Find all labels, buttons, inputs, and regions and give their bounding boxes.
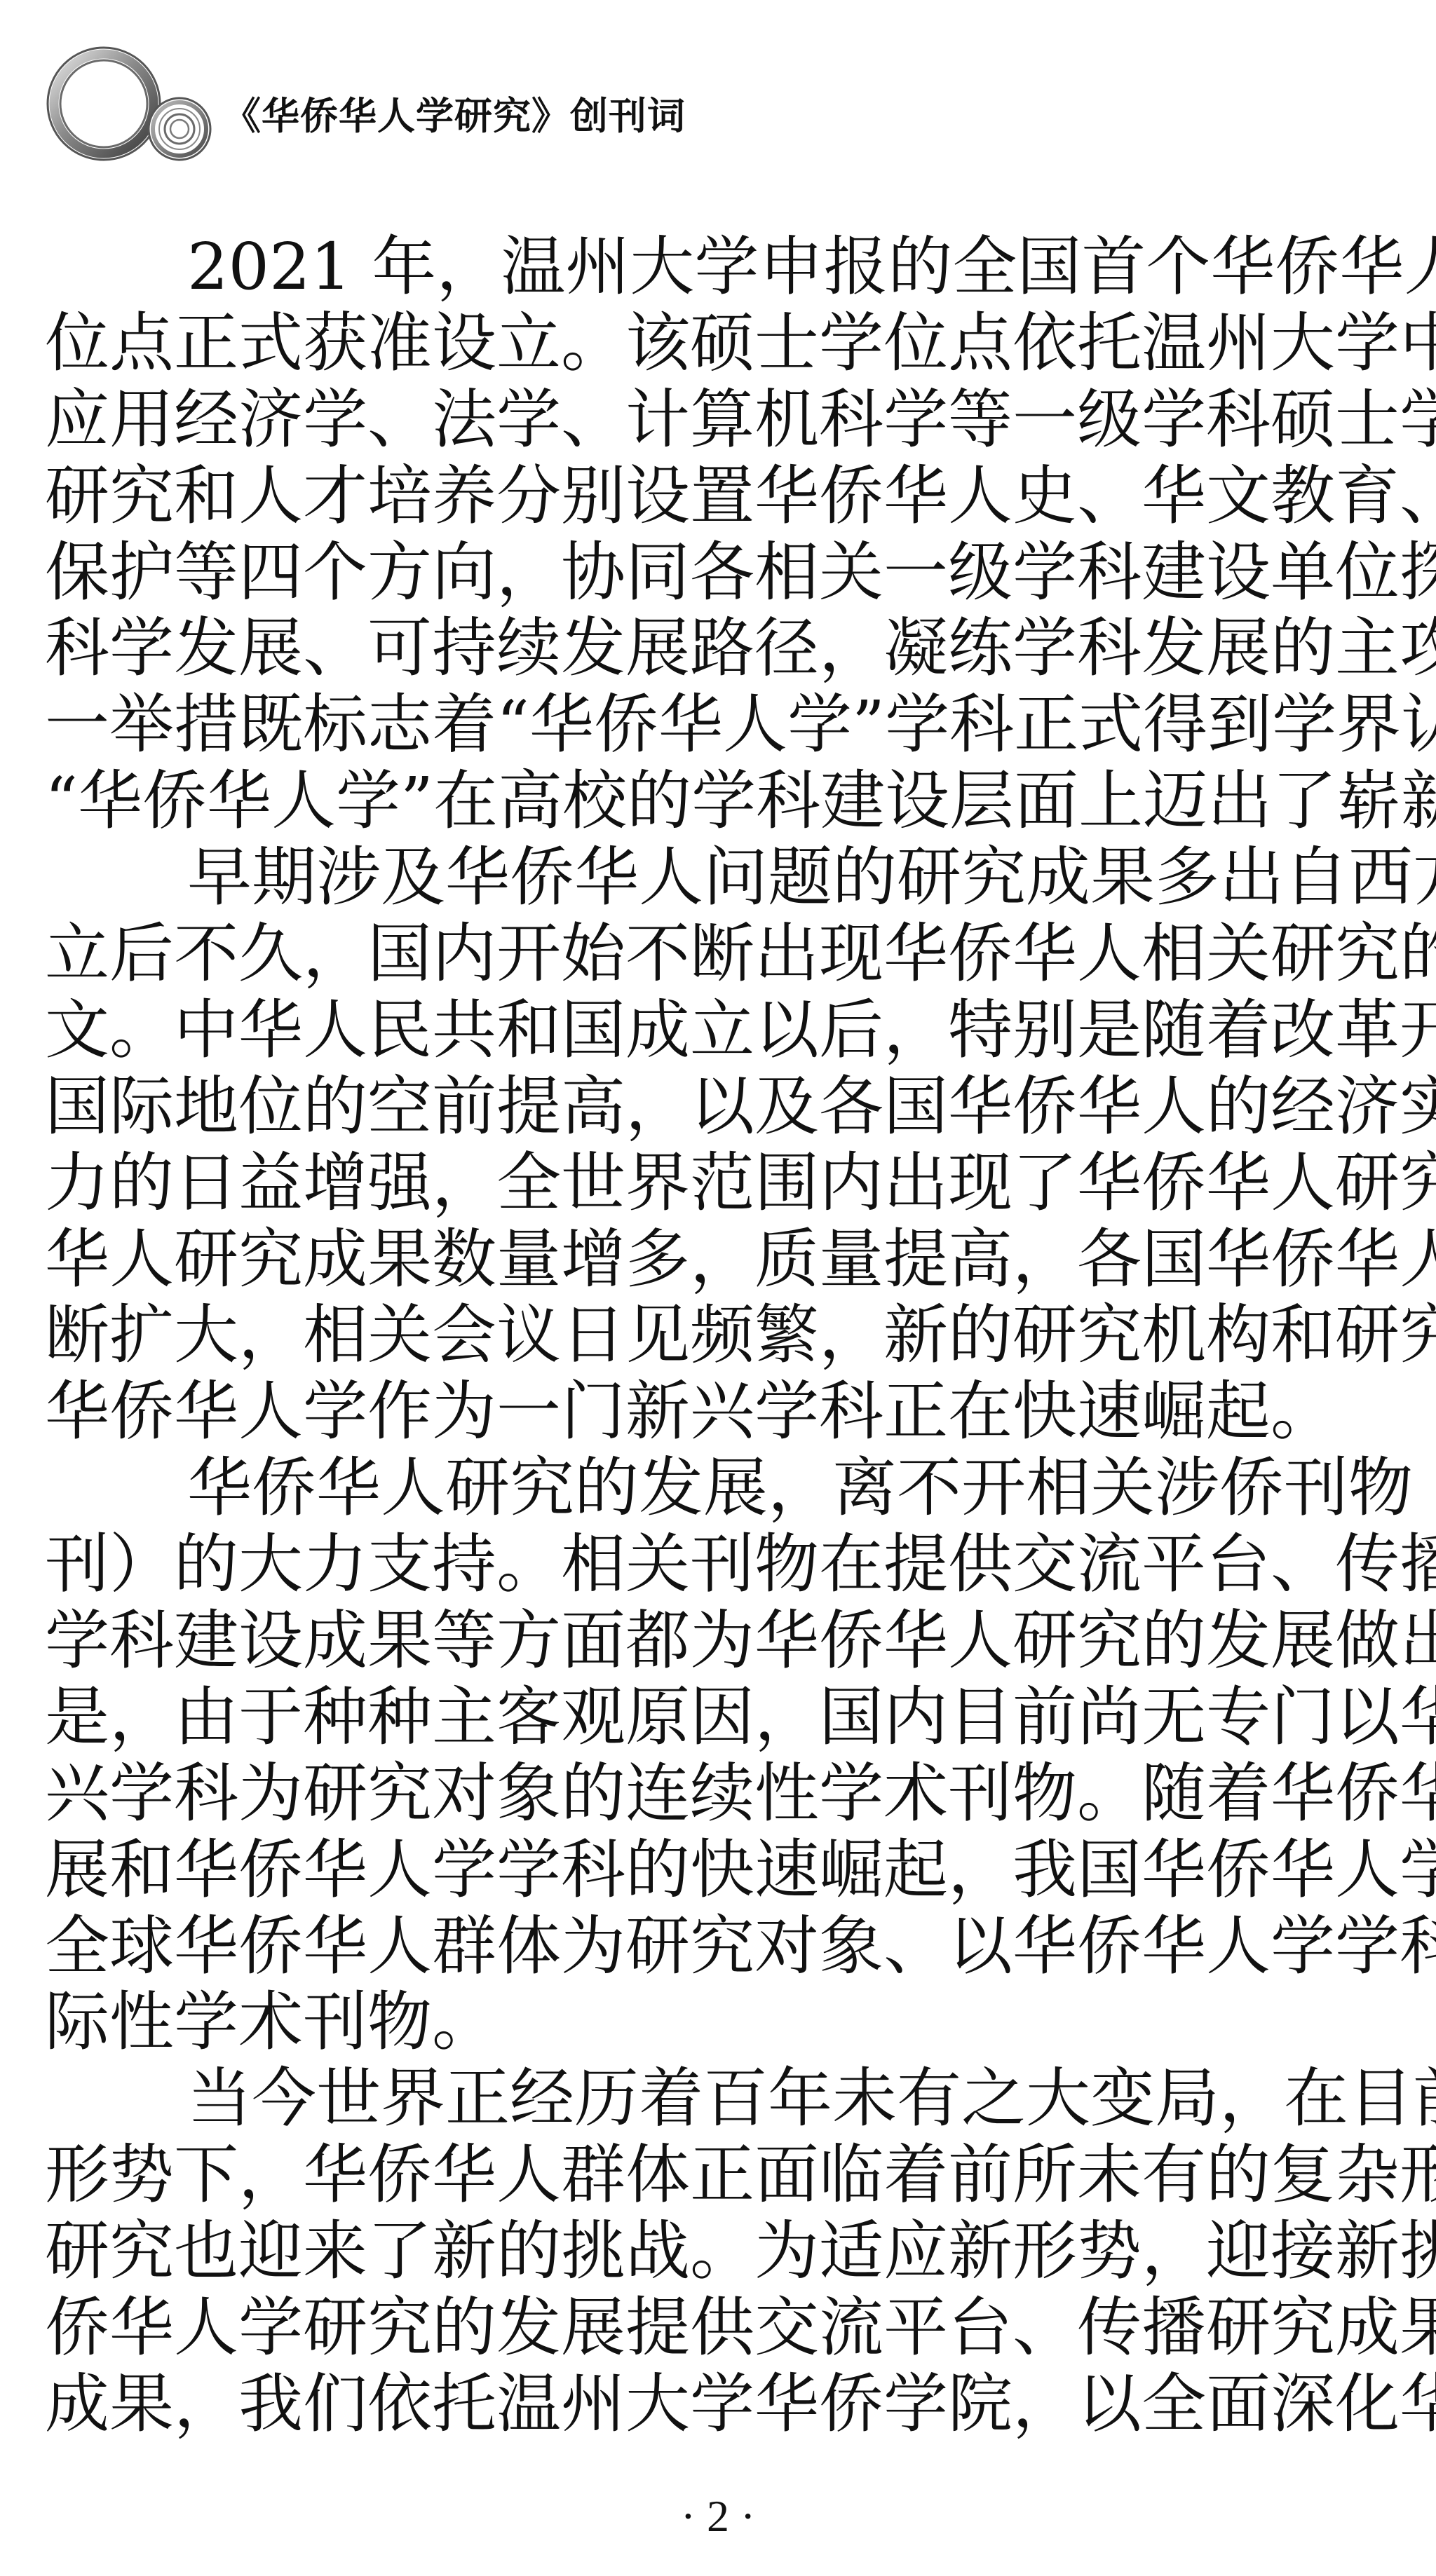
- paragraph-4-line: 成果，我们依托温州大学华侨学院，以全面深化华侨华人学研究、: [45, 2366, 1400, 2443]
- paragraph-3-line: 刊）的大力支持。相关刊物在提供交流平台、传播研究成果和展示: [45, 1527, 1400, 1603]
- paragraph-4-line: 当今世界正经历着百年未有之大变局，在目前错综复杂的国际: [45, 2061, 1400, 2137]
- paragraph-1-line: 应用经济学、法学、计算机科学等一级学科硕士学位点，围绕涉侨: [45, 382, 1400, 458]
- paragraph-4-line: 形势下，华侨华人群体正面临着前所未有的复杂形势，华侨华人学: [45, 2137, 1400, 2214]
- paragraph-1-line: 位点正式获准设立。该硕士学位点依托温州大学中国史、教育学、: [45, 306, 1400, 382]
- paragraph-2-line: 断扩大，相关会议日见频繁，新的研究机构和研究团队不断涌现。: [45, 1297, 1400, 1374]
- article-body: 2021 年，温州大学申报的全国首个华侨华人学交叉学科硕士学 位点正式获准设立。…: [45, 229, 1400, 2443]
- paragraph-4-line: 侨华人学研究的发展提供交流平台、传播研究成果和展示学科建设: [45, 2290, 1400, 2366]
- paragraph-2-line: 国际地位的空前提高，以及各国华侨华人的经济实力在各方面影响: [45, 1069, 1400, 1145]
- paragraph-2-line: 华人研究成果数量增多，质量提高，各国华侨华人问题研究队伍不: [45, 1222, 1400, 1298]
- paragraph-1-line: 保护等四个方向，协同各相关一级学科建设单位探索华侨华人学科: [45, 535, 1400, 611]
- paragraph-3-line: 华侨华人研究的发展，离不开相关涉侨刊物（包括期刊和集: [45, 1450, 1400, 1527]
- page-number: · 2 ·: [0, 2485, 1436, 2548]
- concentric-rings-logo-icon: [39, 39, 215, 172]
- running-header-title: 《华侨华人学研究》创刊词: [223, 90, 686, 143]
- paragraph-2-line: 立后不久，国内开始不断出现华侨华人相关研究的著作、译著和论: [45, 916, 1400, 993]
- paragraph-3-line: 际性学术刊物。: [45, 1984, 1400, 2061]
- paragraph-3-line: 学科建设成果等方面都为华侨华人研究的发展做出了巨大贡献。但: [45, 1603, 1400, 1679]
- paragraph-3-line: 展和华侨华人学学科的快速崛起，我国华侨华人学学界亟待创建以: [45, 1832, 1400, 1909]
- paragraph-3-line: 兴学科为研究对象的连续性学术刊物。随着华侨华人研究的深入发: [45, 1756, 1400, 1832]
- paragraph-1-line: 研究和人才培养分别设置华侨华人史、华文教育、华商经济和侨益: [45, 458, 1400, 535]
- paragraph-2-line: 华侨华人学作为一门新兴学科正在快速崛起。: [45, 1374, 1400, 1450]
- paragraph-3-line: 全球华侨华人群体为研究对象、以华侨华人学学科建设为导向的国: [45, 1909, 1400, 1985]
- page-header: 《华侨华人学研究》创刊词: [0, 0, 1436, 182]
- paragraph-3-line: 是，由于种种主客观原因，国内目前尚无专门以华侨华人学这一新: [45, 1679, 1400, 1756]
- paragraph-4-line: 研究也迎来了新的挑战。为适应新形势，迎接新挑战，进一步为华: [45, 2214, 1400, 2290]
- paragraph-1-line: 一举措既标志着“华侨华人学”学科正式得到学界认可，也标志着: [45, 687, 1400, 763]
- paragraph-1-line: 科学发展、可持续发展路径，凝练学科发展的主攻方向和领域。这: [45, 611, 1400, 687]
- paragraph-2-line: 文。中华人民共和国成立以后，特别是随着改革开放的深化和中国: [45, 993, 1400, 1069]
- paragraph-2-line: 力的日益增强，全世界范围内出现了华侨华人研究的新热潮，华侨: [45, 1145, 1400, 1222]
- paragraph-2-line: 早期涉及华侨华人问题的研究成果多出自西方人之手。民国成: [45, 840, 1400, 916]
- paragraph-1-line: “华侨华人学”在高校的学科建设层面上迈出了崭新一步。: [45, 763, 1400, 840]
- paragraph-1-line: 2021 年，温州大学申报的全国首个华侨华人学交叉学科硕士学: [45, 229, 1400, 306]
